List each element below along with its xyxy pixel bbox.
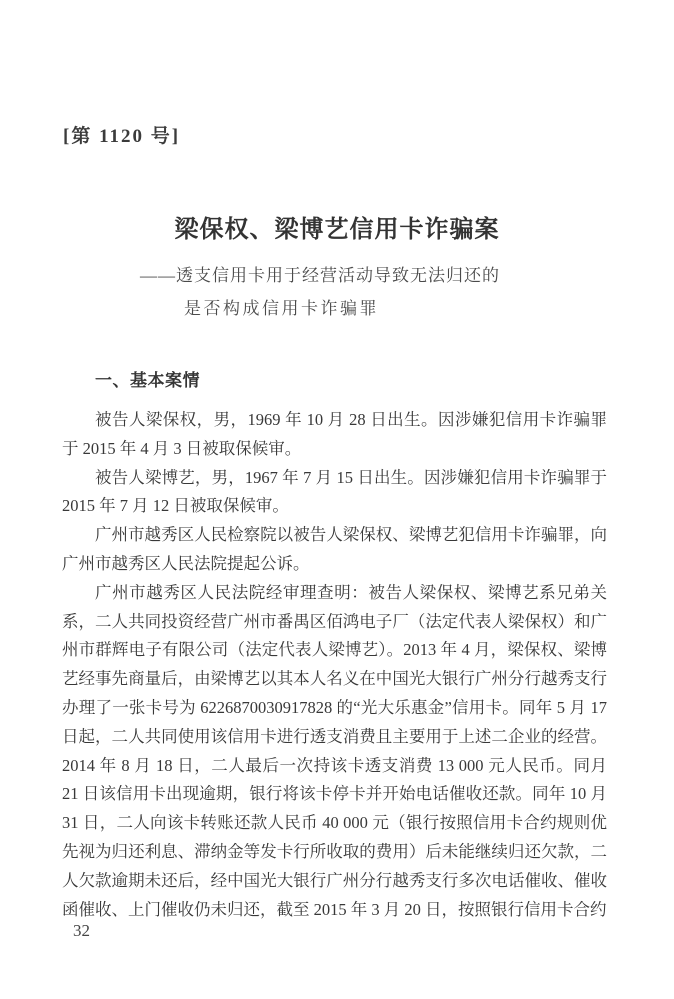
page-number: 32 [73, 921, 90, 941]
case-body: 被告人梁保权，男，1969 年 10 月 28 日出生。因涉嫌犯信用卡诈骗罪于 … [62, 406, 607, 924]
book-page: [第 1120 号] 梁保权、梁博艺信用卡诈骗案 ——透支信用卡用于经营活动导致… [0, 0, 674, 999]
paragraph-court-findings: 广州市越秀区人民法院经审理查明：被告人梁保权、梁博艺系兄弟关系，二人共同投资经营… [62, 579, 607, 925]
paragraph-defendant-liang-boyi: 被告人梁博艺，男，1967 年 7 月 15 日出生。因涉嫌犯信用卡诈骗罪于 2… [62, 464, 607, 522]
case-subtitle-line1: ——透支信用卡用于经营活动导致无法归还的 [140, 261, 500, 286]
case-title: 梁保权、梁博艺信用卡诈骗案 [0, 209, 674, 244]
section-heading-basic-facts: 一、基本案情 [95, 366, 200, 391]
case-number-label: [第 1120 号] [63, 121, 180, 148]
paragraph-prosecution: 广州市越秀区人民检察院以被告人梁保权、梁博艺犯信用卡诈骗罪，向广州市越秀区人民法… [62, 521, 607, 579]
case-subtitle-line2: 是否构成信用卡诈骗罪 [184, 294, 379, 319]
paragraph-defendant-liang-baoquan: 被告人梁保权，男，1969 年 10 月 28 日出生。因涉嫌犯信用卡诈骗罪于 … [62, 406, 607, 464]
